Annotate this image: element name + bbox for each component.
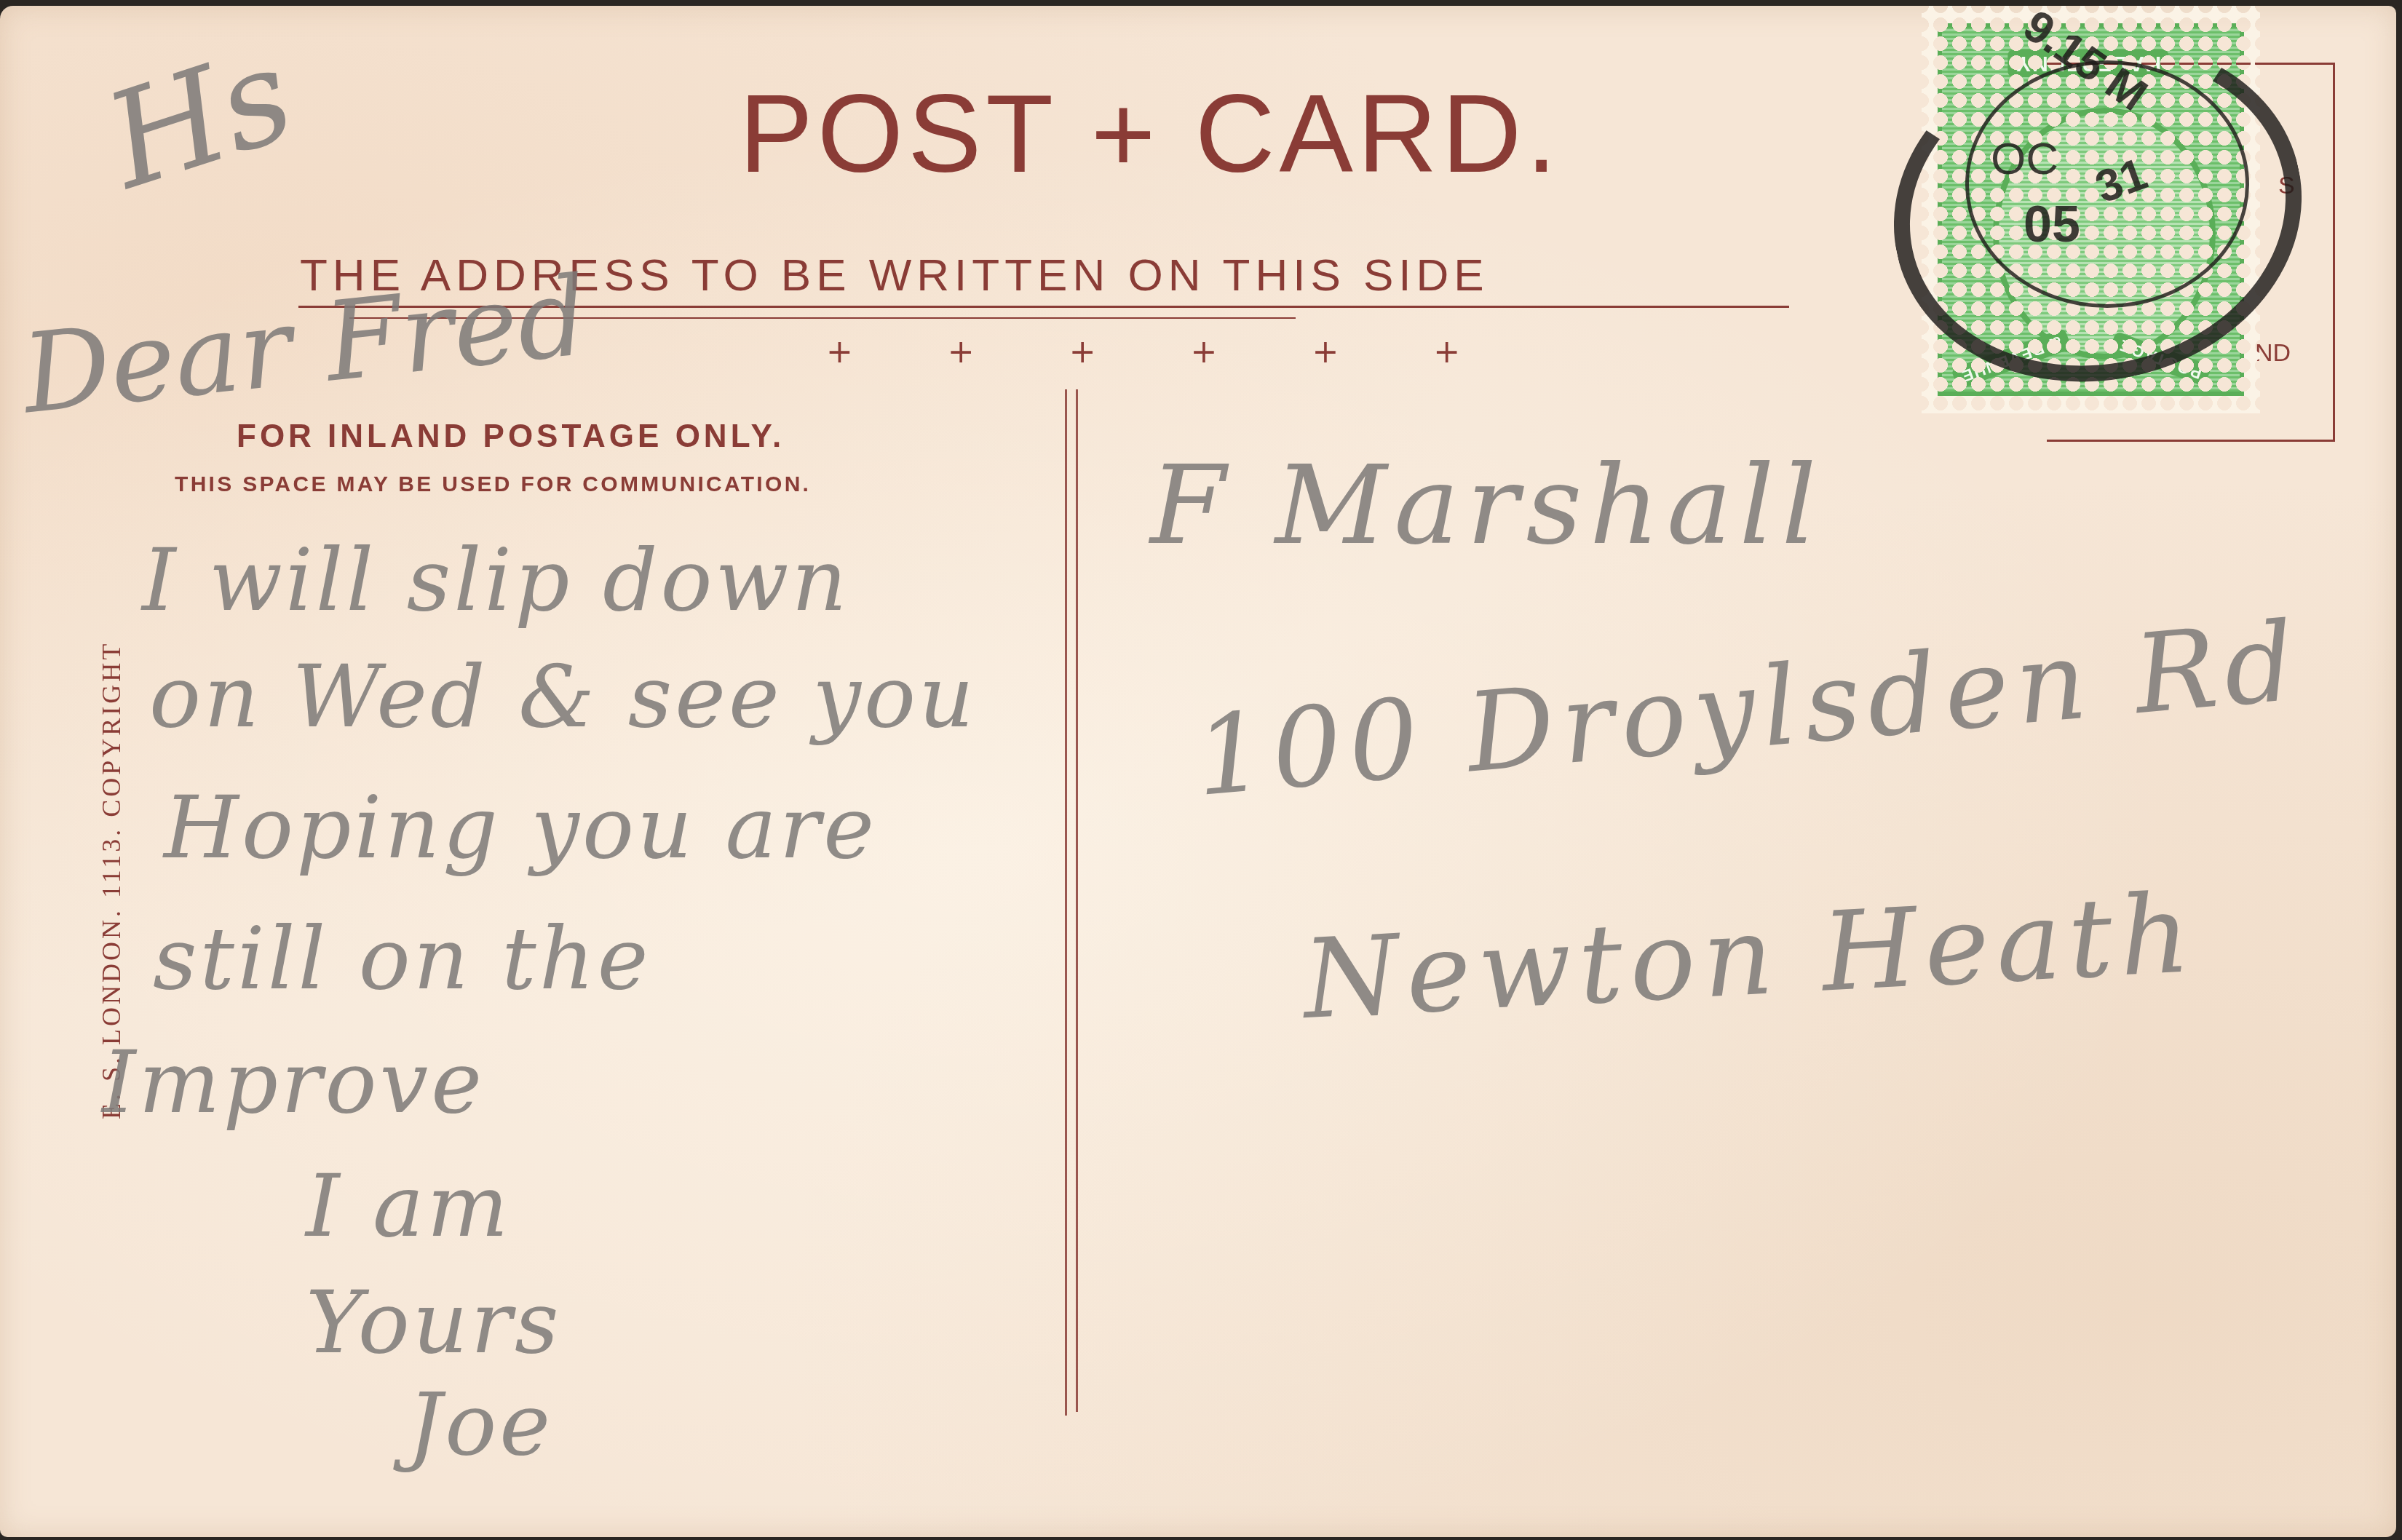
message-line: on Wed & see you bbox=[149, 646, 977, 747]
stamp-box-text-fragment: ND bbox=[2255, 339, 2291, 368]
center-divider-right bbox=[1076, 389, 1078, 1412]
message-line: I am bbox=[306, 1156, 511, 1256]
message-line: Hoping you are bbox=[164, 777, 877, 878]
message-line: still on the bbox=[153, 908, 651, 1009]
signoff: Yours bbox=[306, 1272, 562, 1373]
postmark-month: OC bbox=[1991, 133, 2058, 185]
postmark-year: 05 bbox=[2024, 195, 2080, 253]
message-line: Improve bbox=[102, 1032, 485, 1132]
cross-ornament-row: + + + + + + bbox=[826, 333, 1502, 370]
address-town: Newton Heath bbox=[1300, 870, 2200, 1044]
address-street: 100 Droylsden Rd bbox=[1190, 598, 2306, 821]
message-line: I will slip down bbox=[142, 530, 850, 630]
address-recipient: F Marshall bbox=[1150, 442, 1823, 569]
signature: Joe bbox=[408, 1374, 553, 1474]
inland-postage-notice: FOR INLAND POSTAGE ONLY. bbox=[237, 418, 785, 455]
center-divider-left bbox=[1065, 389, 1067, 1416]
postcard-back: POST + CARD. THE ADDRESS TO BE WRITTEN O… bbox=[0, 6, 2396, 1537]
communication-notice: THIS SPACE MAY BE USED FOR COMMUNICATION… bbox=[175, 472, 811, 497]
